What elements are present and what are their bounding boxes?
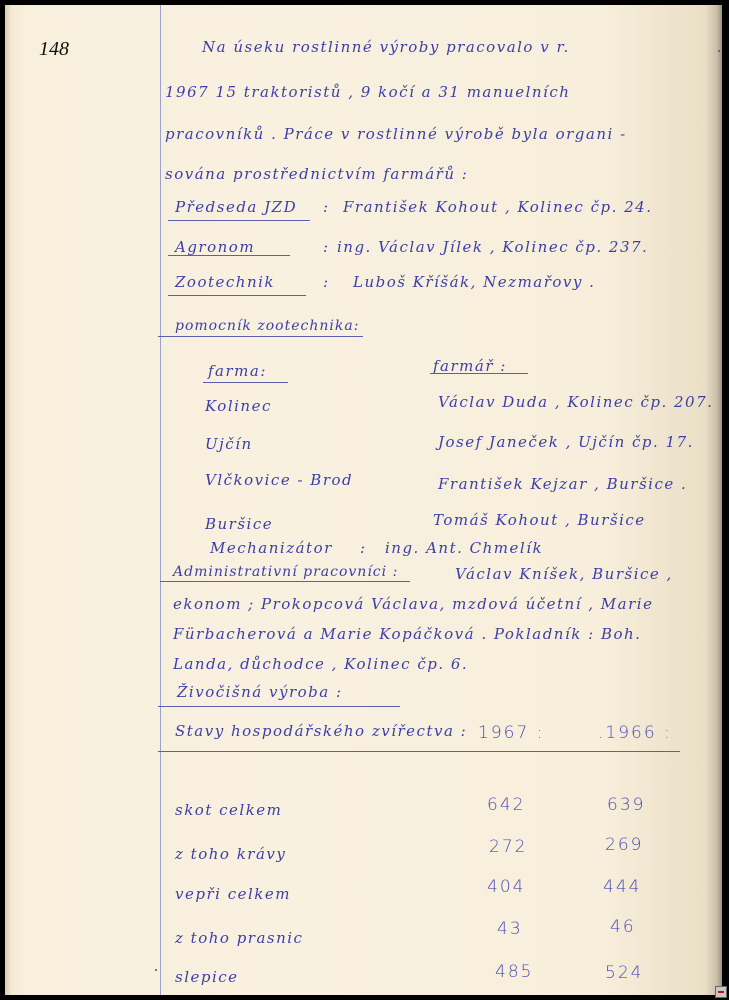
paper-speck — [155, 969, 157, 971]
underline — [203, 382, 288, 383]
underline — [158, 336, 363, 337]
admin-line-1: Václav Kníšek, Buršice , — [455, 565, 673, 583]
livestock-value-1967: 43 — [497, 919, 523, 939]
mechanizator-label: Mechanizátor — [210, 539, 333, 557]
farmer-name: František Kejzar , Buršice . — [438, 475, 687, 493]
admin-line-2: ekonom ; Prokopcová Václava, mzdová účet… — [173, 595, 653, 613]
livestock-value-1967: 642 — [487, 795, 525, 815]
intro-line-2: 1967 15 traktoristů , 9 kočí a 31 manuel… — [165, 83, 570, 101]
staff-sep: : — [323, 238, 330, 256]
page-edge-shadow — [5, 5, 11, 995]
year-header-1966: .1966 : — [598, 723, 672, 743]
margin-line — [160, 5, 161, 995]
livestock-section-title: Živočišná výroba : — [177, 683, 343, 701]
farm-name: Ujčín — [205, 435, 253, 453]
staff-name-agronomist: ing. Václav Jílek , Kolinec čp. 237. — [337, 238, 648, 256]
farm-name: Vlčkovice - Brod — [205, 471, 353, 489]
livestock-table-title: Stavy hospodářského zvířectva : — [175, 722, 467, 740]
livestock-value-1966: 269 — [605, 835, 643, 855]
underline — [160, 581, 410, 582]
livestock-label: vepři celkem — [175, 885, 291, 903]
farmer-name: Václav Duda , Kolinec čp. 207. — [438, 393, 713, 411]
intro-line-1: Na úseku rostlinné výroby pracovalo v r. — [202, 38, 570, 56]
intro-line-3: pracovníků . Práce v rostlinné výrobě by… — [165, 125, 627, 143]
underline — [168, 255, 290, 256]
admin-line-3: Fürbacherová a Marie Kopáčková . Pokladn… — [173, 625, 641, 643]
farms-header-farm: farma: — [208, 362, 267, 380]
livestock-value-1967: 272 — [489, 837, 527, 857]
staff-name-chairman: František Kohout , Kolinec čp. 24. — [343, 198, 653, 216]
livestock-value-1966: 524 — [605, 963, 643, 983]
farmer-name: Tomáš Kohout , Buršice — [433, 511, 646, 529]
underline — [168, 295, 306, 296]
year-header-1967: 1967 : — [478, 723, 544, 743]
viewer-minimize-icon[interactable] — [715, 986, 727, 998]
livestock-value-1967: 485 — [495, 962, 533, 982]
livestock-value-1966: 46 — [610, 917, 636, 937]
admin-line-4: Landa, důchodce , Kolinec čp. 6. — [173, 655, 468, 673]
mechanizator-sep: : — [360, 539, 367, 557]
livestock-label: slepice — [175, 968, 239, 986]
underline — [168, 220, 310, 221]
staff-name-zootechnician: Luboš Kříšák, Nezmařovy . — [353, 273, 595, 291]
underline — [158, 751, 680, 752]
underline — [430, 373, 528, 374]
staff-role-zootechnician: Zootechnik — [175, 273, 275, 291]
admin-label: Administrativní pracovníci : — [173, 564, 398, 580]
notebook-page: 148 Na úseku rostlinné výroby pracovalo … — [5, 5, 722, 995]
staff-role-chairman: Předseda JZD — [175, 198, 297, 216]
farmer-name: Josef Janeček , Ujčín čp. 17. — [438, 433, 694, 451]
underline — [158, 706, 400, 707]
mechanizator-name: ing. Ant. Chmelík — [385, 539, 543, 557]
staff-role-agronomist: Agronom — [175, 238, 255, 256]
livestock-value-1966: 444 — [603, 877, 641, 897]
farm-name: Kolinec — [205, 397, 272, 415]
livestock-label: skot celkem — [175, 801, 282, 819]
livestock-label: z toho prasnic — [175, 929, 303, 947]
livestock-value-1966: 639 — [607, 795, 645, 815]
livestock-label: z toho krávy — [175, 845, 286, 863]
paper-speck — [718, 50, 720, 52]
staff-sep: : — [323, 198, 330, 216]
intro-line-4: sována prostřednictvím farmářů : — [165, 165, 468, 183]
farm-name: Buršice — [205, 515, 273, 533]
page-number: 148 — [39, 38, 69, 61]
assistant-heading: pomocník zootechnika: — [175, 318, 359, 334]
staff-sep: : — [323, 273, 330, 291]
livestock-value-1967: 404 — [487, 877, 525, 897]
